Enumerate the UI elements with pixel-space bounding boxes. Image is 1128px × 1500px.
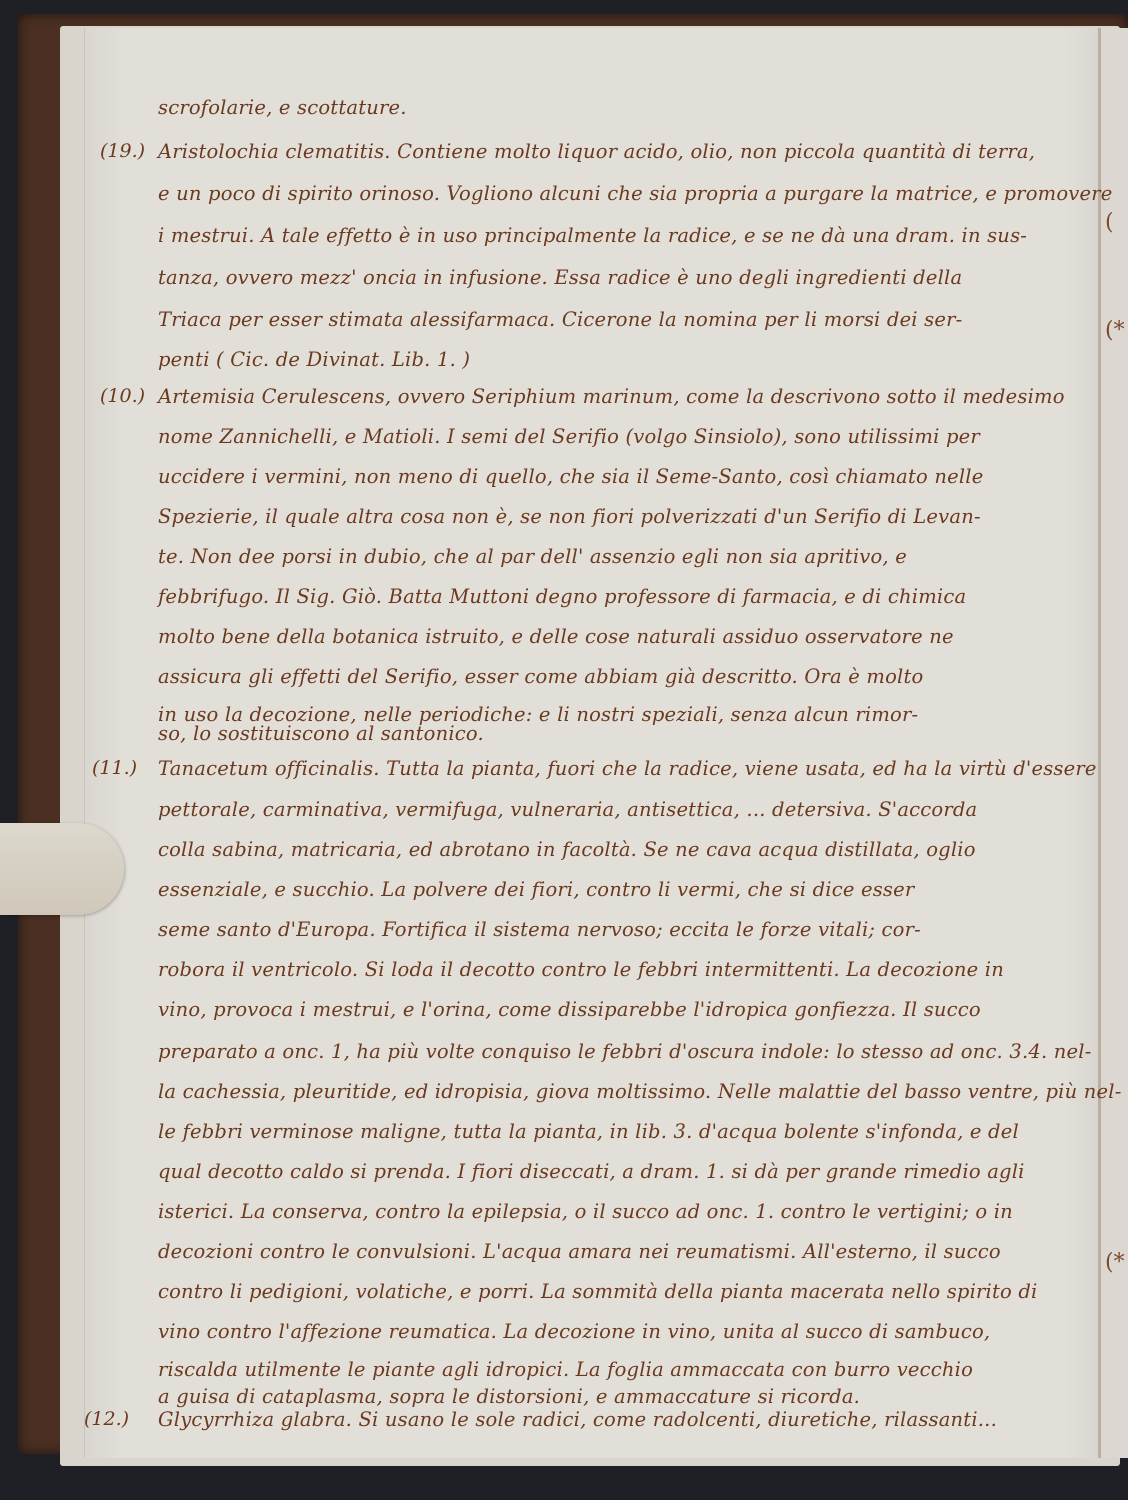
text-line: scrofolarie, e scottature. [158,96,1100,119]
text-line: vino, provoca i mestrui, e l'orina, come… [158,998,1100,1021]
text-line: tanza, ovvero mezz' oncia in infusione. … [158,266,1100,289]
entry-number: (19.) [100,140,145,162]
bookmark-tab [0,823,124,915]
text-line: Spezierie, il quale altra cosa non è, se… [158,505,1100,528]
text-line: pettorale, carminativa, vermifuga, vulne… [158,798,1100,821]
margin-mark: (* [1105,1250,1125,1275]
text-line: febbrifugo. Il Sig. Giò. Batta Muttoni d… [158,585,1100,608]
text-line: uccidere i vermini, non meno di quello, … [158,465,1100,488]
text-line: Glycyrrhiza glabra. Si usano le sole rad… [158,1408,1100,1431]
facing-page-edge: ( (* (* [1098,28,1128,1458]
text-line: so, lo sostituiscono al santonico. [158,722,1100,745]
text-line: isterici. La conserva, contro la epileps… [158,1200,1100,1223]
text-line: te. Non dee porsi in dubio, che al par d… [158,545,1100,568]
text-line: riscalda utilmente le piante agli idropi… [158,1358,1100,1381]
text-line: Tanacetum officinalis. Tutta la pianta, … [158,757,1100,780]
text-line: le febbri verminose maligne, tutta la pi… [158,1120,1100,1143]
text-line: e un poco di spirito orinoso. Vogliono a… [158,182,1100,205]
text-line: colla sabina, matricaria, ed abrotano in… [158,838,1100,861]
text-line: molto bene della botanica istruito, e de… [158,625,1100,648]
entry-number: (12.) [84,1408,129,1430]
text-line: vino contro l'affezione reumatica. La de… [158,1320,1100,1343]
text-line: robora il ventricolo. Si loda il decotto… [158,958,1100,981]
text-line: contro li pedigioni, volatiche, e porri.… [158,1280,1100,1303]
text-line: a guisa di cataplasma, sopra le distorsi… [158,1385,1100,1408]
text-line: seme santo d'Europa. Fortifica il sistem… [158,918,1100,941]
text-line: qual decotto caldo si prenda. I fiori di… [158,1160,1100,1183]
text-line: decozioni contro le convulsioni. L'acqua… [158,1240,1100,1263]
text-line: la cachessia, pleuritide, ed idropisia, … [158,1080,1100,1103]
margin-mark: ( [1105,210,1114,235]
text-line: preparato a onc. 1, ha più volte conquis… [158,1040,1100,1063]
text-line: i mestrui. A tale effetto è in uso princ… [158,224,1100,247]
text-line: Artemisia Cerulescens, ovvero Seriphium … [158,385,1100,408]
entry-number: (10.) [100,385,145,407]
text-line: essenziale, e succhio. La polvere dei fi… [158,878,1100,901]
text-line: assicura gli effetti del Serifio, esser … [158,665,1100,688]
text-line: nome Zannichelli, e Matioli. I semi del … [158,425,1100,448]
margin-mark: (* [1105,318,1125,343]
entry-number: (11.) [92,757,137,779]
text-line: Triaca per esser stimata alessifarmaca. … [158,308,1100,331]
text-line: Aristolochia clematitis. Contiene molto … [158,140,1100,163]
text-line: penti ( Cic. de Divinat. Lib. 1. ) [158,348,1100,371]
